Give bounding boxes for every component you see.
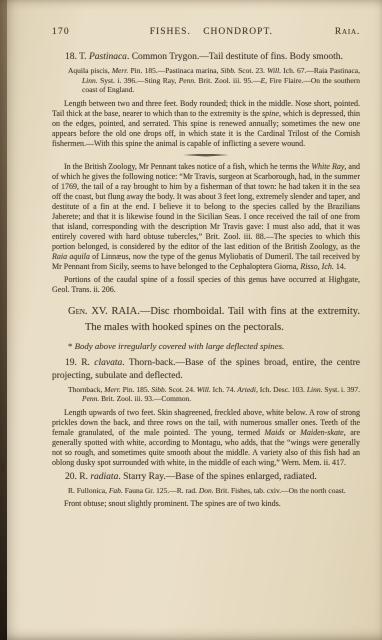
scan-speck xyxy=(1,462,5,471)
entry-20-description: Front obtuse; snout slightly prominent. … xyxy=(52,499,360,509)
fossil-spine-paragraph: Portions of the caudal spine of a fossil… xyxy=(52,275,360,295)
subsection-note: * Body above irregularly covered with la… xyxy=(68,340,360,352)
entry-19-description: Length upwards of two feet. Skin shagree… xyxy=(52,408,360,468)
entry-20-synonymy: R. Fullonica, Fab. Fauna Gr. 125.—R. rad… xyxy=(68,486,360,496)
entry-18-heading: 18. T. Pastinaca. Common Trygon.—Tail de… xyxy=(52,51,360,64)
genus-15-raia-heading: Gen. XV. RAIA.—Disc rhomboidal. Tail wit… xyxy=(68,304,360,336)
entry-19-heading: 19. R. clavata. Thorn-back.—Base of the … xyxy=(52,357,360,383)
white-ray-paragraph: In the British Zoology, Mr Pennant takes… xyxy=(52,162,360,272)
header-genus-label: Raia. xyxy=(335,26,360,38)
section-divider-rule xyxy=(183,154,229,157)
entry-18-synonymy: Aquila piscis, Merr. Pin. 185.—Pastinaca… xyxy=(68,66,360,95)
text-column: 170 FISHES. CHONDROPT. Raia. 18. T. Past… xyxy=(52,26,360,512)
page-gutter-shadow xyxy=(0,0,7,640)
entry-19-synonymy: Thornback, Merr. Pin. 185. Sibb. Scot. 2… xyxy=(68,385,360,404)
header-title: FISHES. CHONDROPT. xyxy=(150,26,273,38)
entry-20-heading: 20. R. radiata. Starry Ray.—Base of the … xyxy=(52,471,360,484)
running-header: 170 FISHES. CHONDROPT. Raia. xyxy=(52,26,360,38)
entry-18-description: Length between two and three feet. Body … xyxy=(52,99,360,149)
book-page: 170 FISHES. CHONDROPT. Raia. 18. T. Past… xyxy=(0,0,382,640)
page-number: 170 xyxy=(52,26,70,38)
